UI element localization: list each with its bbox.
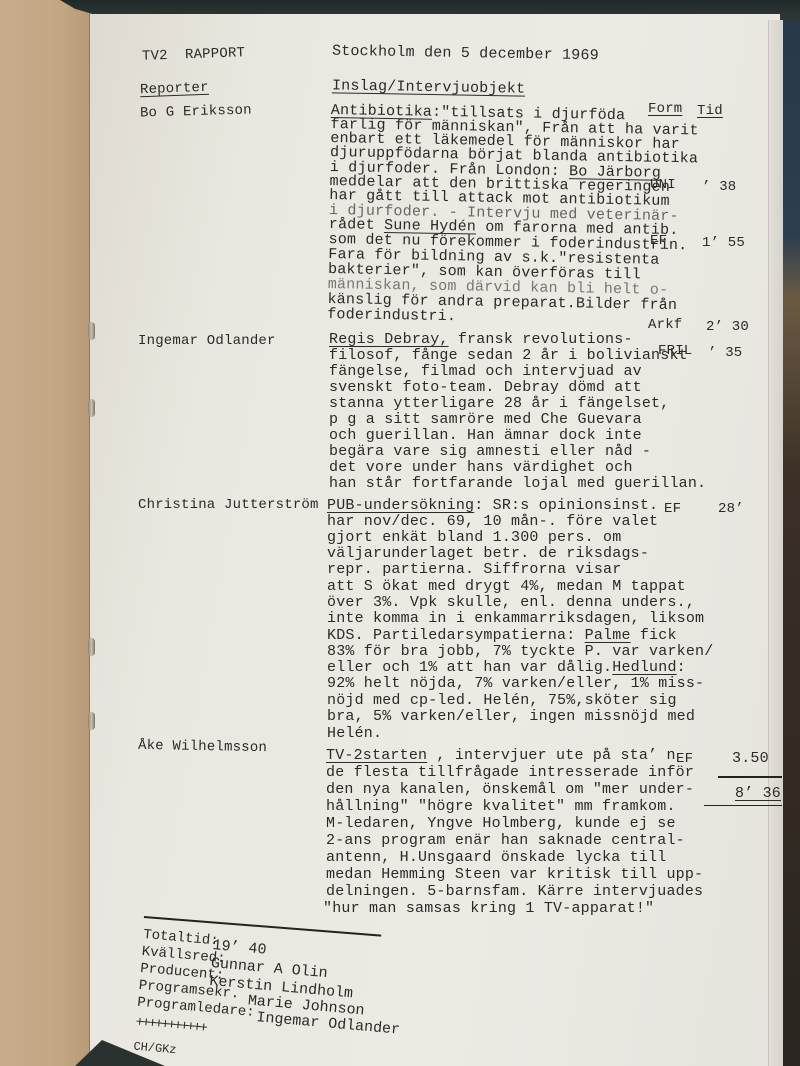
binding-ring — [88, 399, 95, 417]
form-code: Arkf — [648, 316, 682, 335]
duration: 28’ — [718, 500, 744, 519]
binder-cover — [0, 0, 92, 1066]
binding-ring — [88, 322, 95, 340]
subtotal: 8’ 36 — [735, 784, 781, 803]
reporter-name: Ingemar Odlander — [138, 332, 276, 351]
reporter-name: Åke Wilhelmsson — [138, 737, 267, 759]
column-header-reporter: Reporter — [140, 79, 209, 101]
form-code: EF — [664, 500, 681, 519]
report-title: TV2 RAPPORT — [142, 44, 246, 67]
reporter-name: Christina Jutterström — [138, 496, 319, 515]
form-code: FRIL — [658, 342, 692, 361]
form-code: EF — [676, 750, 693, 769]
reporter-name: Bo G Eriksson — [140, 102, 252, 124]
double-underline — [704, 805, 782, 806]
binding-ring — [88, 712, 95, 730]
column-header-time: Tid — [697, 102, 723, 121]
sum-line — [718, 776, 782, 778]
entry-topic: TV-2starten — [326, 747, 427, 764]
duration: 2’ 30 — [706, 318, 749, 337]
duration: ’ 35 — [708, 344, 742, 363]
duration: 3.50 — [732, 749, 769, 768]
page-stack-edge — [768, 20, 783, 1066]
column-header-item: Inslag/Intervjuobjekt — [332, 76, 526, 99]
form-code: EF — [650, 232, 667, 251]
binding-ring — [88, 638, 95, 656]
duration: ’ 38 — [702, 178, 736, 197]
column-header-form: Form — [648, 100, 682, 119]
duration: 1’ 55 — [702, 234, 745, 253]
form-code: UNI — [650, 176, 676, 195]
